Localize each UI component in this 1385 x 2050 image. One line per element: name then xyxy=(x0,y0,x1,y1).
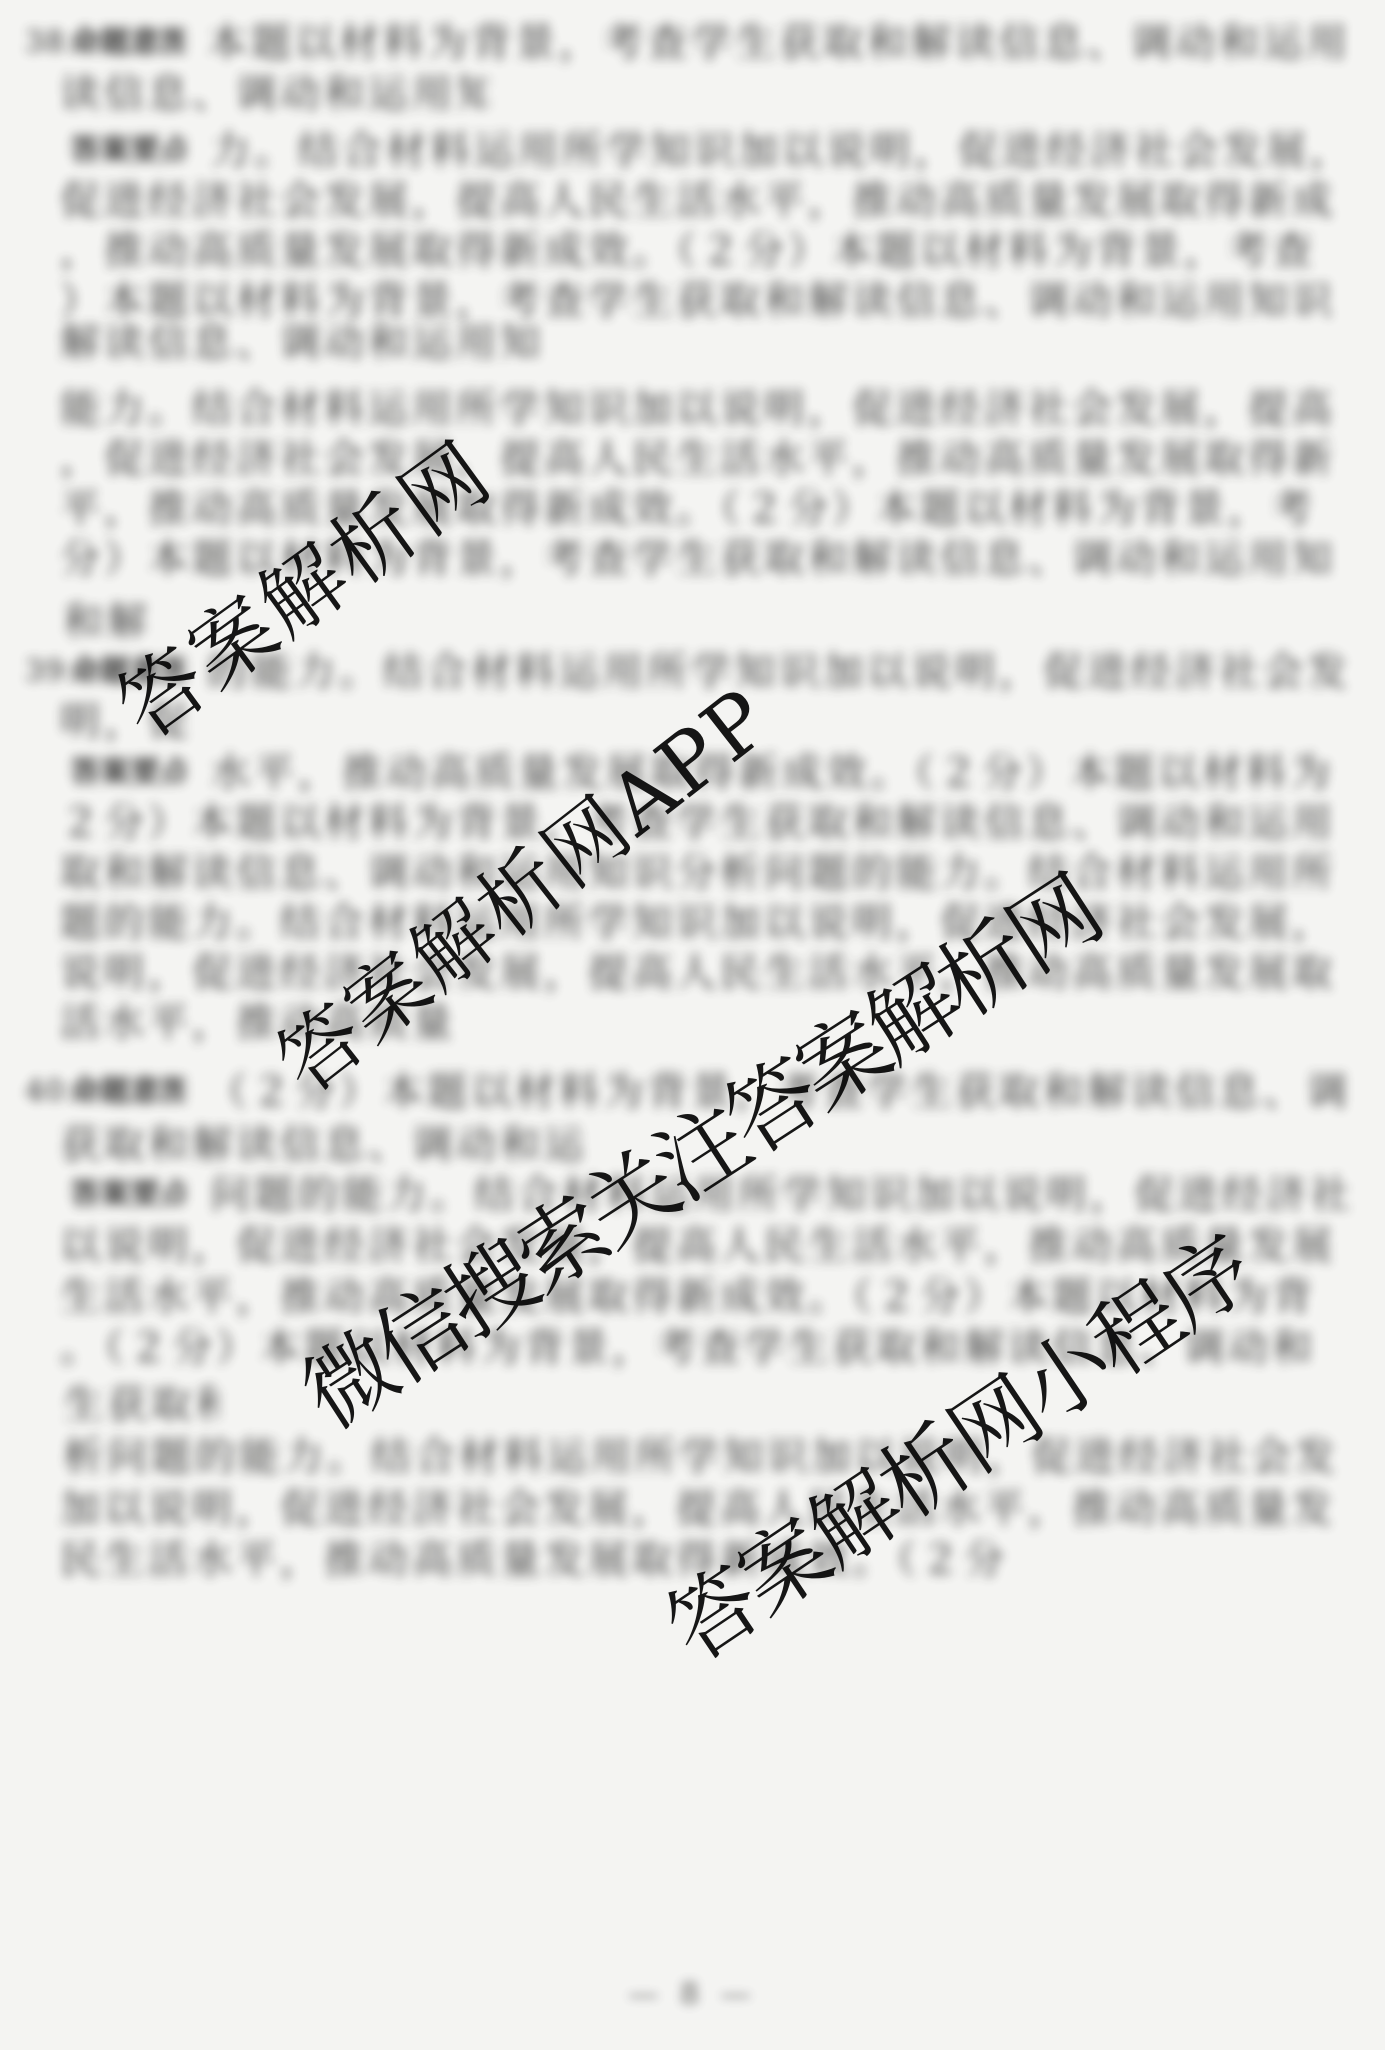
footer-layer: — 8 — xyxy=(0,0,1385,2050)
page-number: — 8 — xyxy=(0,1977,1385,2012)
document-page: 38.命题意图本题以材料为背景，考查学生获取和解读信息、调动和运用读信息、调动和… xyxy=(0,0,1385,2050)
